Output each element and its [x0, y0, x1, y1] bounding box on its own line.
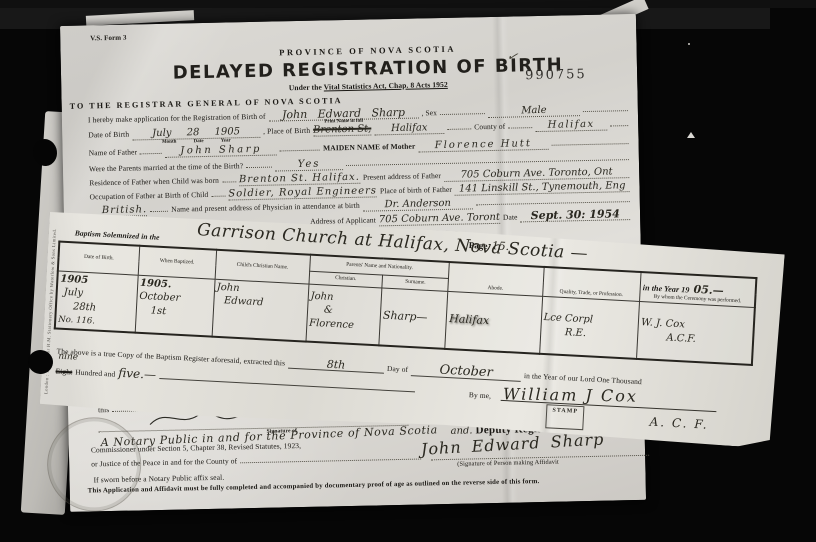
hundred-label: Hundred and — [75, 368, 115, 379]
sex-value: Male — [488, 105, 580, 118]
baptized-day: 1st — [138, 303, 210, 320]
father-birthplace-value: 141 Linskill St., Tynemouth, Eng — [455, 181, 630, 196]
county-value: Halifax — [535, 120, 607, 133]
cell-parents-surname: Sharp— — [379, 287, 448, 348]
year-value: 05.— — [693, 283, 724, 298]
entry-no: No. 116. — [58, 315, 133, 330]
application-label: I hereby make application for the Regist… — [88, 112, 266, 125]
applicant-address-value: 705 Coburn Ave. Toront — [379, 213, 500, 227]
struck-word: Eight — [55, 367, 72, 377]
parents-christian-1: John — [310, 285, 379, 306]
applicant-name-entry: John Edward Sharp Print Name in full — [268, 107, 418, 122]
extract-day: 8th — [288, 357, 384, 374]
physician-label: Name and present address of Physician in… — [171, 201, 360, 214]
cell-parents-christian: John & Florence — [306, 284, 382, 346]
solemnized-label: Baptism Solemnized in the — [75, 228, 160, 241]
form-number: V.S. Form 3 — [90, 34, 127, 43]
corrected-word: nine — [58, 353, 78, 363]
county-label: County of — [474, 122, 505, 132]
cell-when-baptized: 1905. October 1st — [135, 275, 215, 337]
married-value: Yes — [275, 159, 343, 171]
baptism-register-box: Date of Birth. When Baptized. Child's Ch… — [54, 240, 758, 366]
microfilm-scan: V.S. Form 3 PROVINCE OF NOVA SCOTIA DELA… — [0, 0, 816, 542]
acf-initials: A. C. F. — [649, 416, 709, 431]
dob-entry: July 28 1905 Month Date Year — [132, 127, 260, 141]
baptism-certificate-paper: London : Printed for H.M. Stationery Off… — [40, 210, 785, 448]
cell-by-whom: W. J. Cox A.C.F. — [637, 301, 755, 365]
col-when-baptized: When Baptized. — [138, 246, 216, 279]
father-label: Name of Father — [89, 147, 138, 157]
signature-caption: (Signature of Person making Affidavit — [457, 459, 559, 468]
subtitle-act: Vital Statistics Act, Chap. 8 Acts 1952 — [324, 80, 448, 92]
extract-month: October — [411, 362, 522, 382]
cell-abode: Halifax — [445, 291, 542, 354]
film-edge — [0, 0, 816, 8]
physician-value: Dr. Anderson — [363, 198, 473, 211]
father-value: John Sharp — [165, 144, 277, 157]
extract-day-of-label: Day of — [387, 364, 409, 374]
corrected-year-word: nine Eight — [55, 361, 73, 380]
cell-date-of-birth: 1905 July 28th No. 116. — [55, 270, 138, 332]
subtitle-prefix: Under the — [289, 83, 322, 93]
parents-surname: Sharp— — [383, 309, 445, 327]
residence-label: Residence of Father when Child was born — [89, 176, 219, 188]
date-value: Sept. 30: 1954 — [520, 208, 630, 222]
year-label: in the Year 19 — [643, 283, 690, 294]
place-value: Halifax — [374, 123, 444, 135]
stamp-box: STAMP — [545, 404, 584, 430]
abode: Halifax — [449, 312, 539, 331]
cell-childs-name: John Edward — [212, 279, 309, 342]
residence-value: Brenton St. Halifax. — [239, 173, 360, 187]
place-struck: Brenton St, — [313, 125, 371, 137]
and-handwritten: and. — [450, 426, 472, 436]
film-dot — [688, 43, 690, 45]
by-me-label: By me, — [469, 390, 492, 400]
place-label: , Place of Birth — [263, 126, 310, 136]
notary-embossed-seal — [46, 416, 142, 512]
occupation-label: Occupation of Father at Birth of Child — [89, 190, 208, 201]
baptism-register-table: Date of Birth. When Baptized. Child's Ch… — [54, 240, 758, 366]
hundred-value: five.— — [118, 367, 156, 381]
serial-number: 990755 — [525, 67, 587, 83]
dob-day: 28th — [59, 299, 134, 316]
father-birthplace-label: Place of birth of Father — [380, 185, 452, 196]
occupation-value: Soldier, Royal Engineers — [228, 186, 377, 200]
col-date-of-birth: Date of Birth. — [58, 242, 140, 275]
date-label: Date — [503, 212, 518, 221]
film-speck — [687, 132, 695, 138]
present-address-label: Present address of Father — [363, 171, 441, 182]
sex-label: , Sex — [421, 108, 437, 117]
dob-label: Date of Birth — [88, 130, 129, 140]
mother-label: MAIDEN NAME of Mother — [323, 142, 415, 153]
parents-christian-3: Florence — [309, 316, 378, 333]
cell-quality: Lce Corpl R.E. — [539, 296, 640, 359]
mother-value: Florence Hutt — [418, 139, 548, 153]
married-label: Were the Parents married at the time of … — [89, 161, 243, 173]
applicant-address-label: Address of Applicant — [310, 215, 376, 225]
